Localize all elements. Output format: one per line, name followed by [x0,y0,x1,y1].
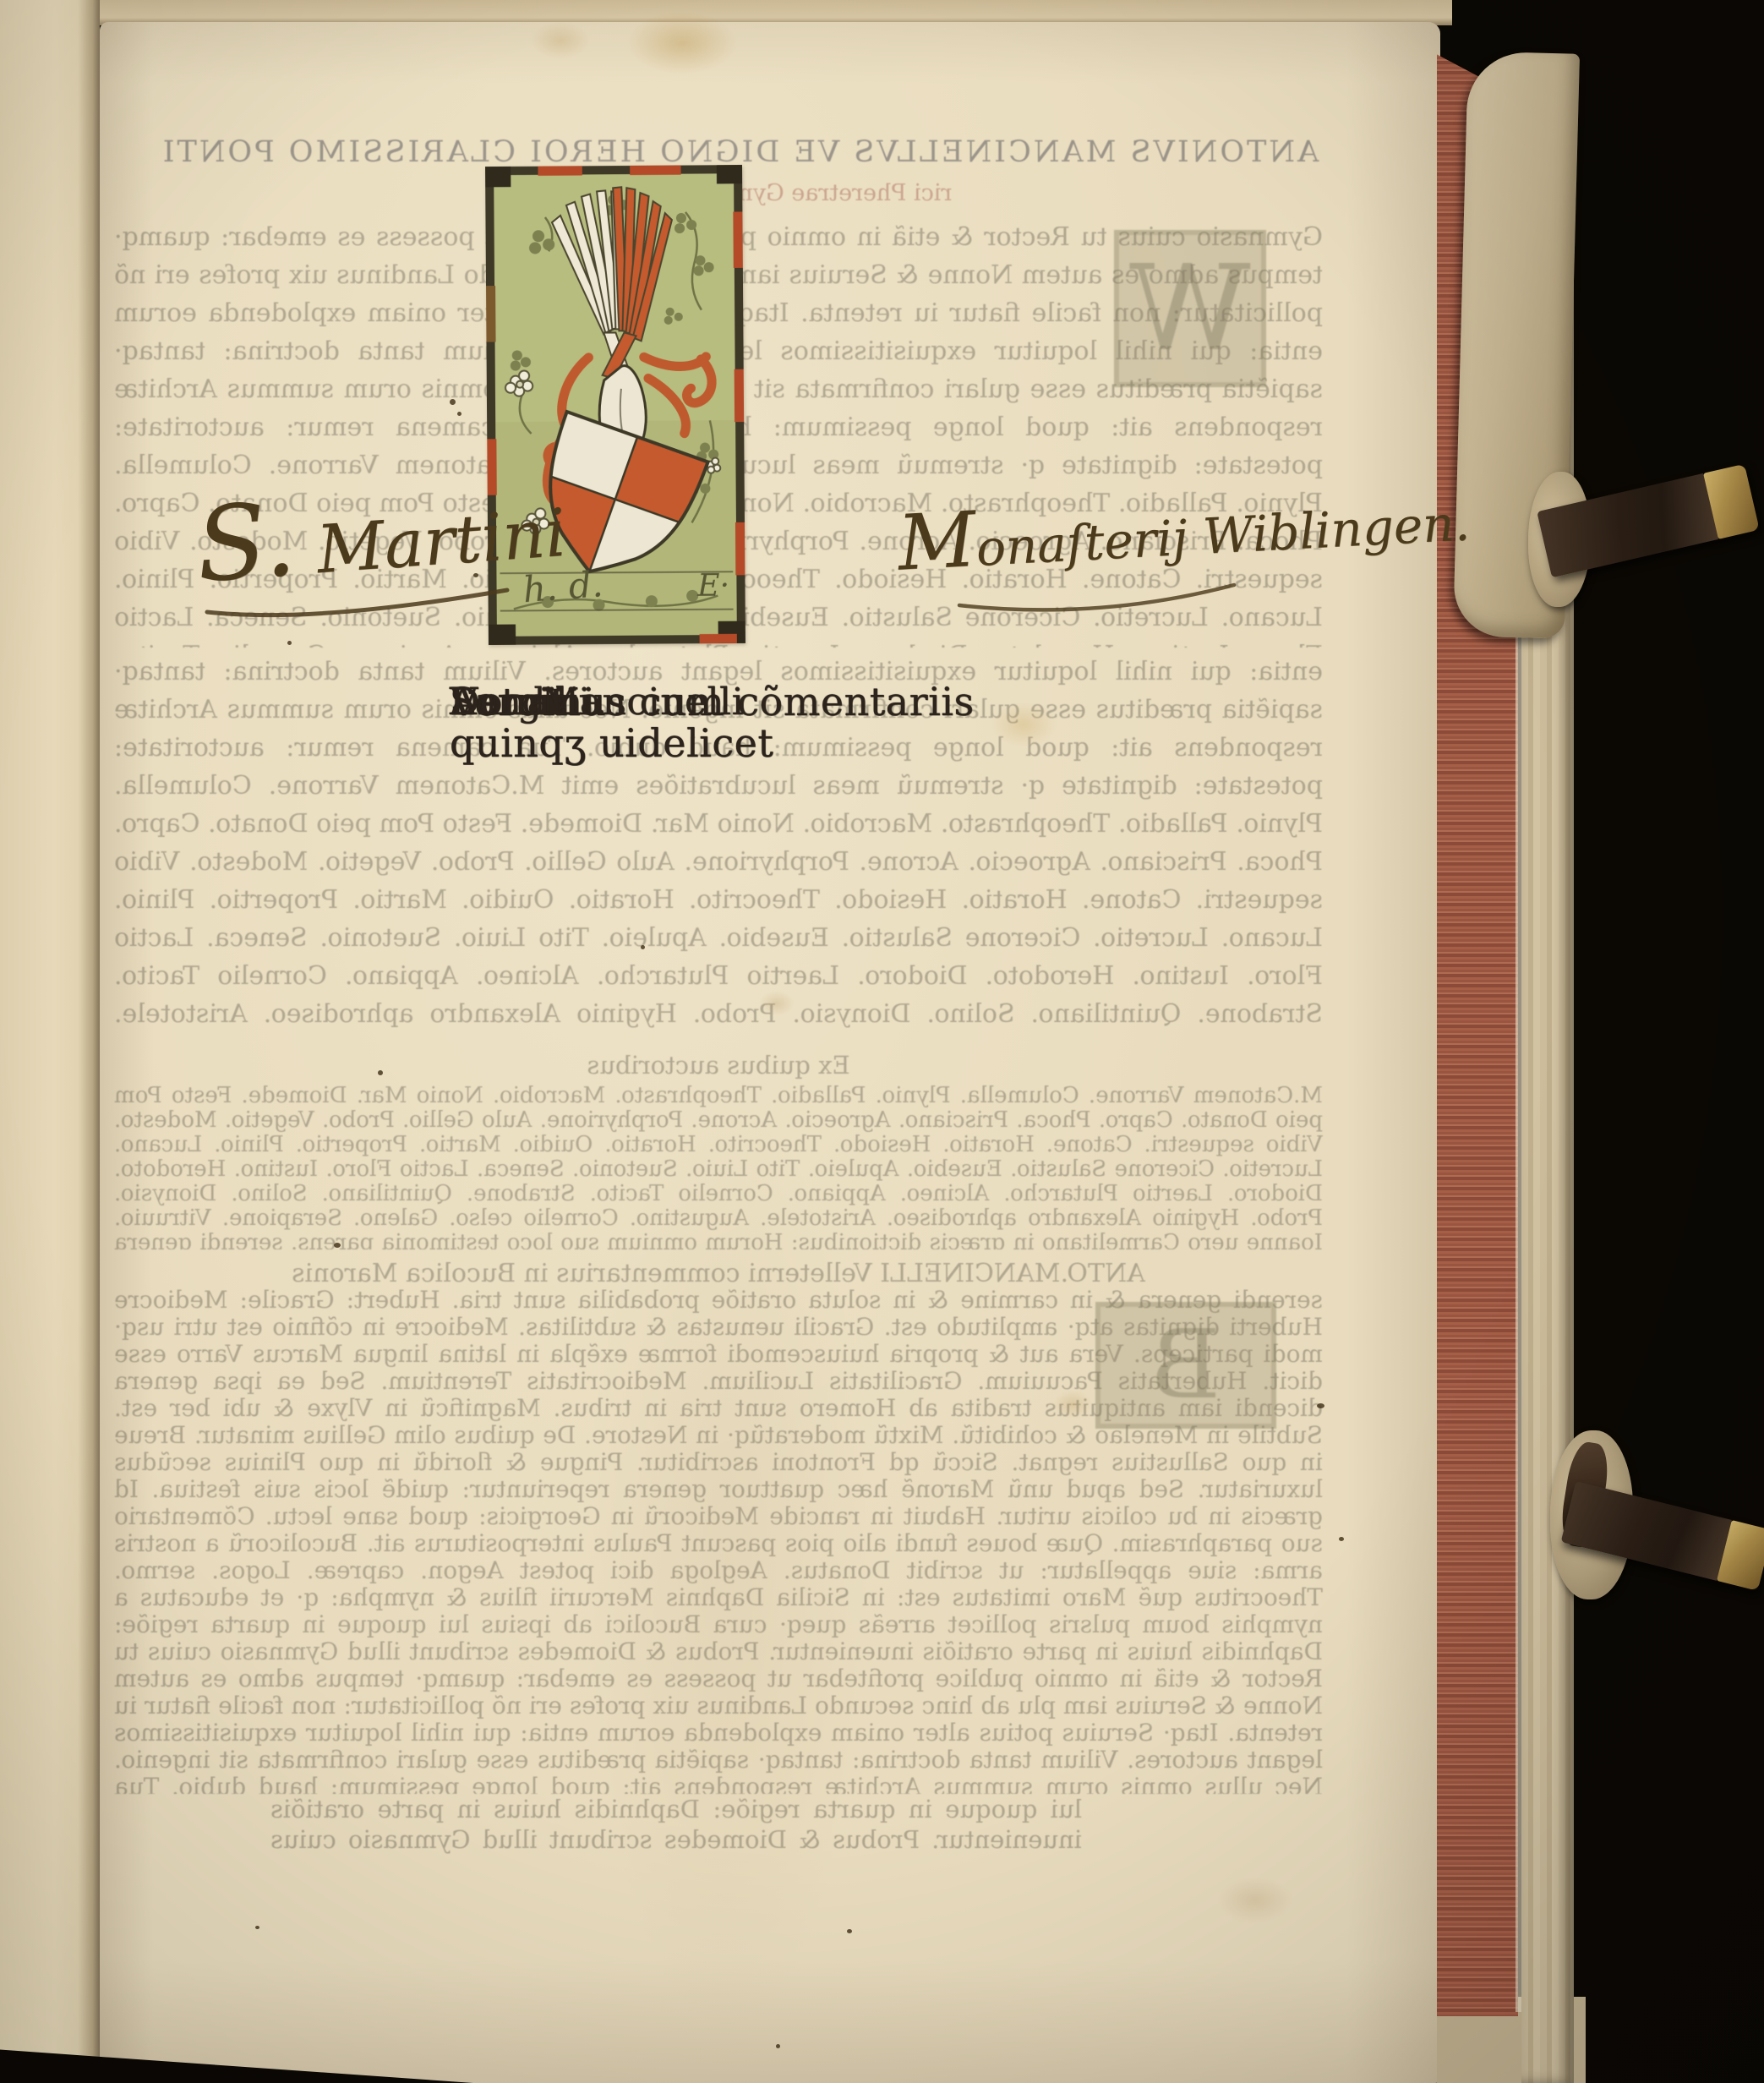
ghost-commentary-heading: ANTO.MANCINELLI Velleterni commentarius … [114,1255,1323,1285]
ghost-woodcut-initial-bottom: B [1095,1302,1276,1429]
ink-speck [255,1926,259,1929]
ink-speck [1339,1537,1344,1541]
facing-leaf-edge [0,0,100,2083]
ink-speck [847,1929,852,1933]
ink-speck [334,1243,341,1248]
ink-speck [1317,1403,1324,1408]
arms-letters-right: E· [696,567,729,604]
ink-speck [457,412,461,416]
ink-speck [378,1070,383,1075]
title-line: Domitii [450,681,591,723]
book-photograph: ANTONIVS MANCINELLVS VE DIGNO HEROI CLAR… [0,0,1764,2083]
ink-speck [776,2044,780,2048]
ink-speck [641,945,645,949]
ghost-author-list: M.Catonem Varrone. Columella. Plynio. Pa… [114,1084,1323,1249]
clasp-lower [1540,1427,1764,1621]
ink-speck [287,641,292,645]
clasp-upper [1528,448,1764,617]
ghost-woodcut-initial-top: W [1114,230,1266,387]
inscription-left-flourish [203,583,516,624]
inscription-right-flourish [955,582,1242,621]
ink-speck [450,399,456,405]
ghost-mid-heading: Ex quibus auctoribus [114,1047,1323,1082]
ghost-tail-lines: lui quoque in quarta regiõe: Daphnidis h… [270,1794,1082,1858]
